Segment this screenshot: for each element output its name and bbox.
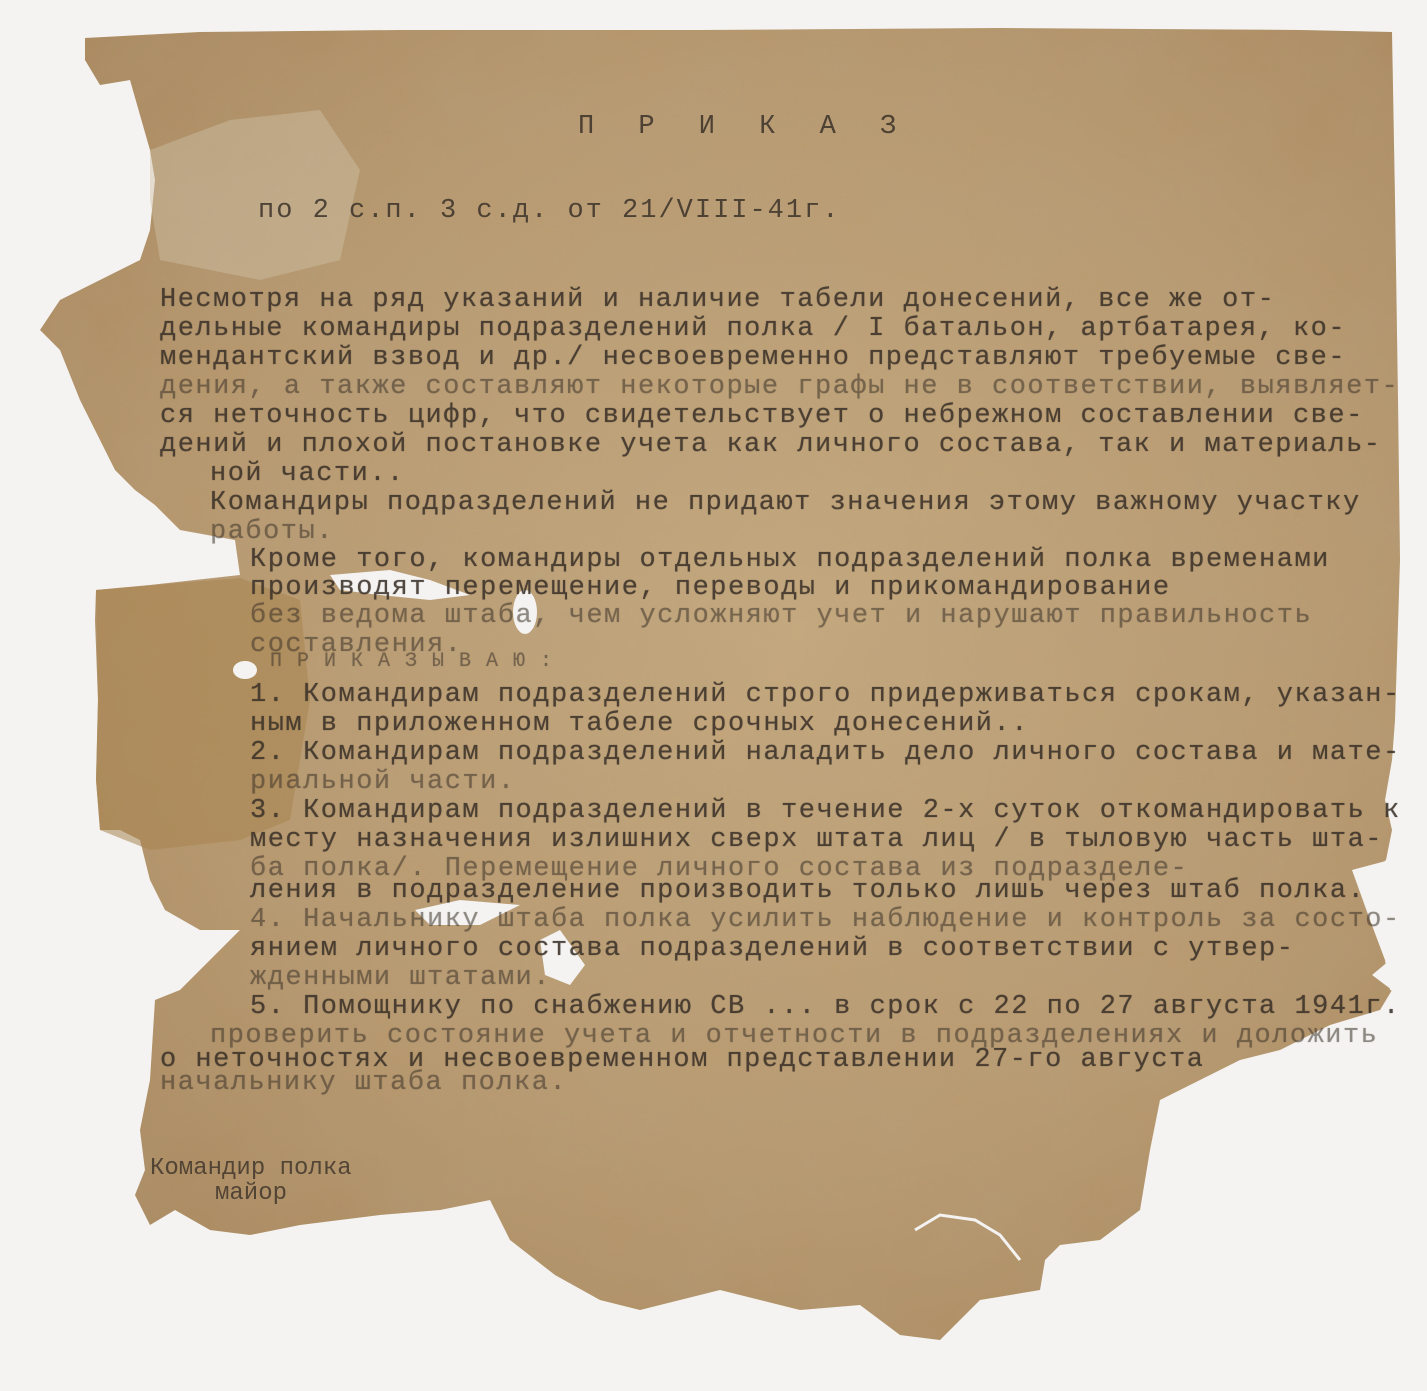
signature-rank: майор	[215, 1180, 287, 1207]
order-heading: П Р И К А З Ы В А Ю :	[270, 650, 554, 673]
document-body: П Р И К А З по 2 с.п. 3 с.д. от 21/VIII-…	[0, 0, 1427, 1391]
order-line: ления в подразделение производить только…	[250, 876, 1365, 906]
paragraph-line: ной части..	[210, 459, 405, 489]
paragraph-line: ся неточность цифр, что свидетельствует …	[160, 401, 1364, 431]
paragraph-line: без ведома штаба, чем усложняют учет и н…	[250, 601, 1312, 631]
paragraph-line: Командиры подразделений не придают значе…	[210, 488, 1361, 518]
order-line: 2. Командирам подразделений наладить дел…	[250, 738, 1401, 768]
order-line: начальнику штаба полка.	[160, 1068, 567, 1098]
paragraph-line: Несмотря на ряд указаний и наличие табел…	[160, 285, 1275, 315]
paragraph-line: работы.	[210, 517, 334, 547]
order-line: 1. Командирам подразделений строго приде…	[250, 680, 1401, 710]
document-title: П Р И К А З	[578, 112, 910, 142]
order-line: 3. Командирам подразделений в течение 2-…	[250, 796, 1401, 826]
order-line: жденными штатами.	[250, 963, 551, 993]
paragraph-line: дельные командиры подразделений полка / …	[160, 314, 1346, 344]
paragraph-line: Кроме того, командиры отдельных подразде…	[250, 545, 1330, 575]
paragraph-line: дения, а также составляют некоторые граф…	[160, 372, 1399, 402]
paragraph-line: производят перемещение, переводы и прико…	[250, 573, 1171, 603]
order-line: 4. Начальнику штаба полка усилить наблюд…	[250, 905, 1401, 935]
order-line: янием личного состава подразделений в со…	[250, 934, 1294, 964]
paragraph-line: мендантский взвод и др./ несвоевременно …	[160, 343, 1346, 373]
paragraph-line: дений и плохой постановке учета как личн…	[160, 430, 1381, 460]
order-line: 5. Помощнику по снабжению СВ ... в срок …	[250, 992, 1401, 1022]
order-line: ным в приложенном табеле срочных донесен…	[250, 709, 1029, 739]
order-line: риальной части.	[250, 767, 516, 797]
signature-title: Командир полка	[150, 1155, 352, 1182]
document-subtitle: по 2 с.п. 3 с.д. от 21/VIII-41г.	[258, 196, 840, 226]
order-line: месту назначения излишних сверх штата ли…	[250, 825, 1383, 855]
